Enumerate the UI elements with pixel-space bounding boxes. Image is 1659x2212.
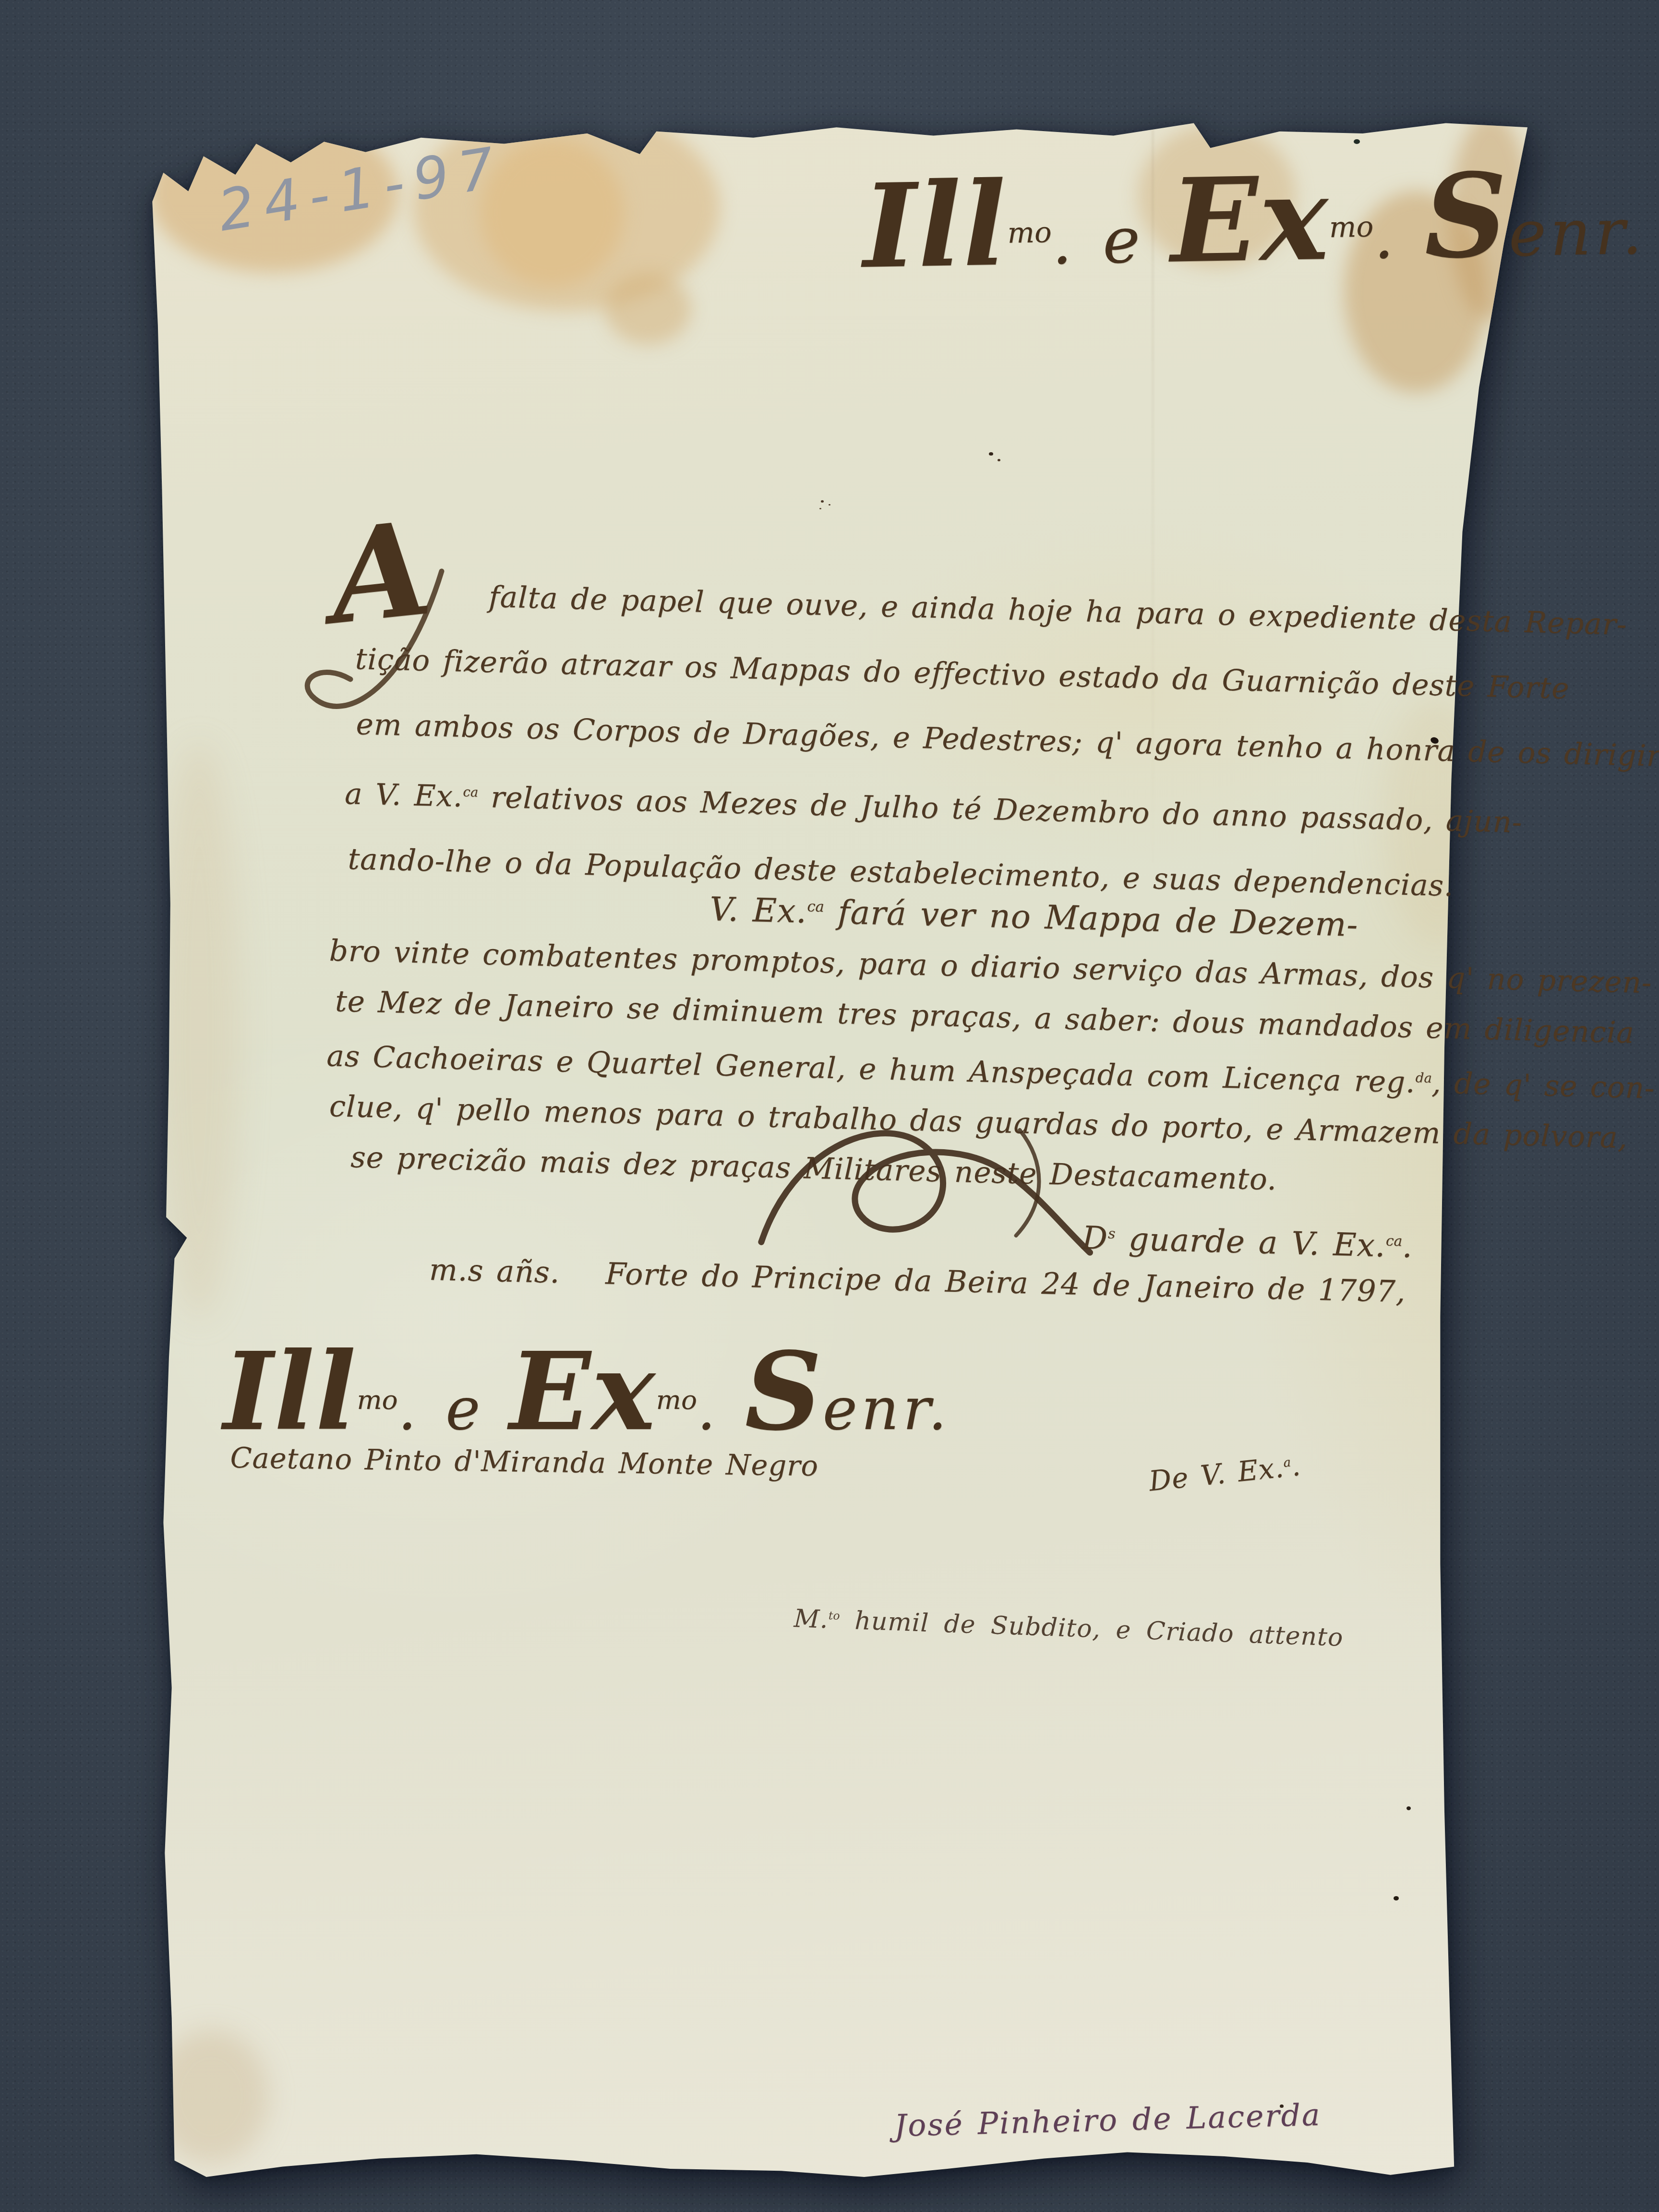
ink-speck — [989, 452, 993, 456]
stain — [605, 273, 691, 345]
background-speck — [1354, 139, 1360, 144]
ink-speck — [1280, 2104, 1284, 2108]
paragraph-1: falta de papel que ouve, e ainda hoje ha… — [323, 561, 1659, 924]
salutation-sep: . e — [398, 1375, 510, 1443]
salutation-ex: Ex — [509, 1330, 656, 1455]
stain — [154, 2030, 269, 2164]
years-abbreviation: m.s añs. — [429, 1252, 560, 1290]
line-segment: , de q' se con- — [1431, 1066, 1656, 1105]
salutation-sep: . e — [1051, 203, 1172, 279]
salutation-ill: Ill — [862, 156, 1009, 294]
salutation-top: Illmo. e Exmo. Senr. — [862, 145, 1647, 294]
superscript-to: to — [829, 1609, 840, 1623]
salutation-sup-mo2: mo — [1329, 210, 1373, 244]
superscript-da: da — [1415, 1070, 1432, 1086]
superscript-s: s — [1108, 1225, 1116, 1242]
salutation-senr: enr. — [823, 1375, 950, 1443]
line-segment: fará ver no Mappa de Dezem- — [824, 893, 1359, 944]
line-segment: . — [1402, 1227, 1413, 1265]
salutation-senr: enr. — [1508, 195, 1646, 271]
superscript-ca: ca — [463, 785, 478, 800]
salutation-bottom: Illmo. e Exmo. Senr. — [223, 1330, 950, 1455]
stain — [158, 743, 240, 1319]
ink-speck — [821, 500, 824, 503]
scanned-document-page: { "colors": { "background": "#3a4450", "… — [0, 0, 1659, 2212]
salutation-s: S — [745, 1330, 823, 1455]
line-segment: relativos aos Mezes de Julho té Dezembro… — [478, 780, 1523, 840]
line-segment: V. Ex. — [709, 890, 807, 931]
salutation-sup-mo: mo — [1007, 216, 1052, 250]
salutation-s: S — [1423, 147, 1509, 285]
line-segment: a V. Ex. — [344, 777, 463, 814]
salutation-ill: Ill — [223, 1330, 357, 1455]
ink-speck — [1407, 1806, 1411, 1810]
line-segment: D — [1082, 1219, 1108, 1257]
salutation-sup-mo2: mo — [656, 1384, 697, 1415]
salutation-sep2: . — [697, 1375, 745, 1443]
superscript-ca: ca — [1385, 1233, 1402, 1250]
ink-speck — [998, 459, 1000, 461]
salutation-sep2: . — [1373, 199, 1425, 274]
ink-speck — [1394, 1896, 1399, 1900]
line-segment: guarde a V. Ex. — [1115, 1220, 1386, 1264]
paragraph-2: V. Ex.ca fará ver no Mappa de Dezem- bro… — [324, 870, 1659, 1214]
line-segment: M. — [793, 1604, 829, 1634]
salutation-sup-mo: mo — [357, 1384, 398, 1415]
superscript-ca: ca — [807, 898, 824, 915]
salutation-ex: Ex — [1169, 150, 1330, 289]
